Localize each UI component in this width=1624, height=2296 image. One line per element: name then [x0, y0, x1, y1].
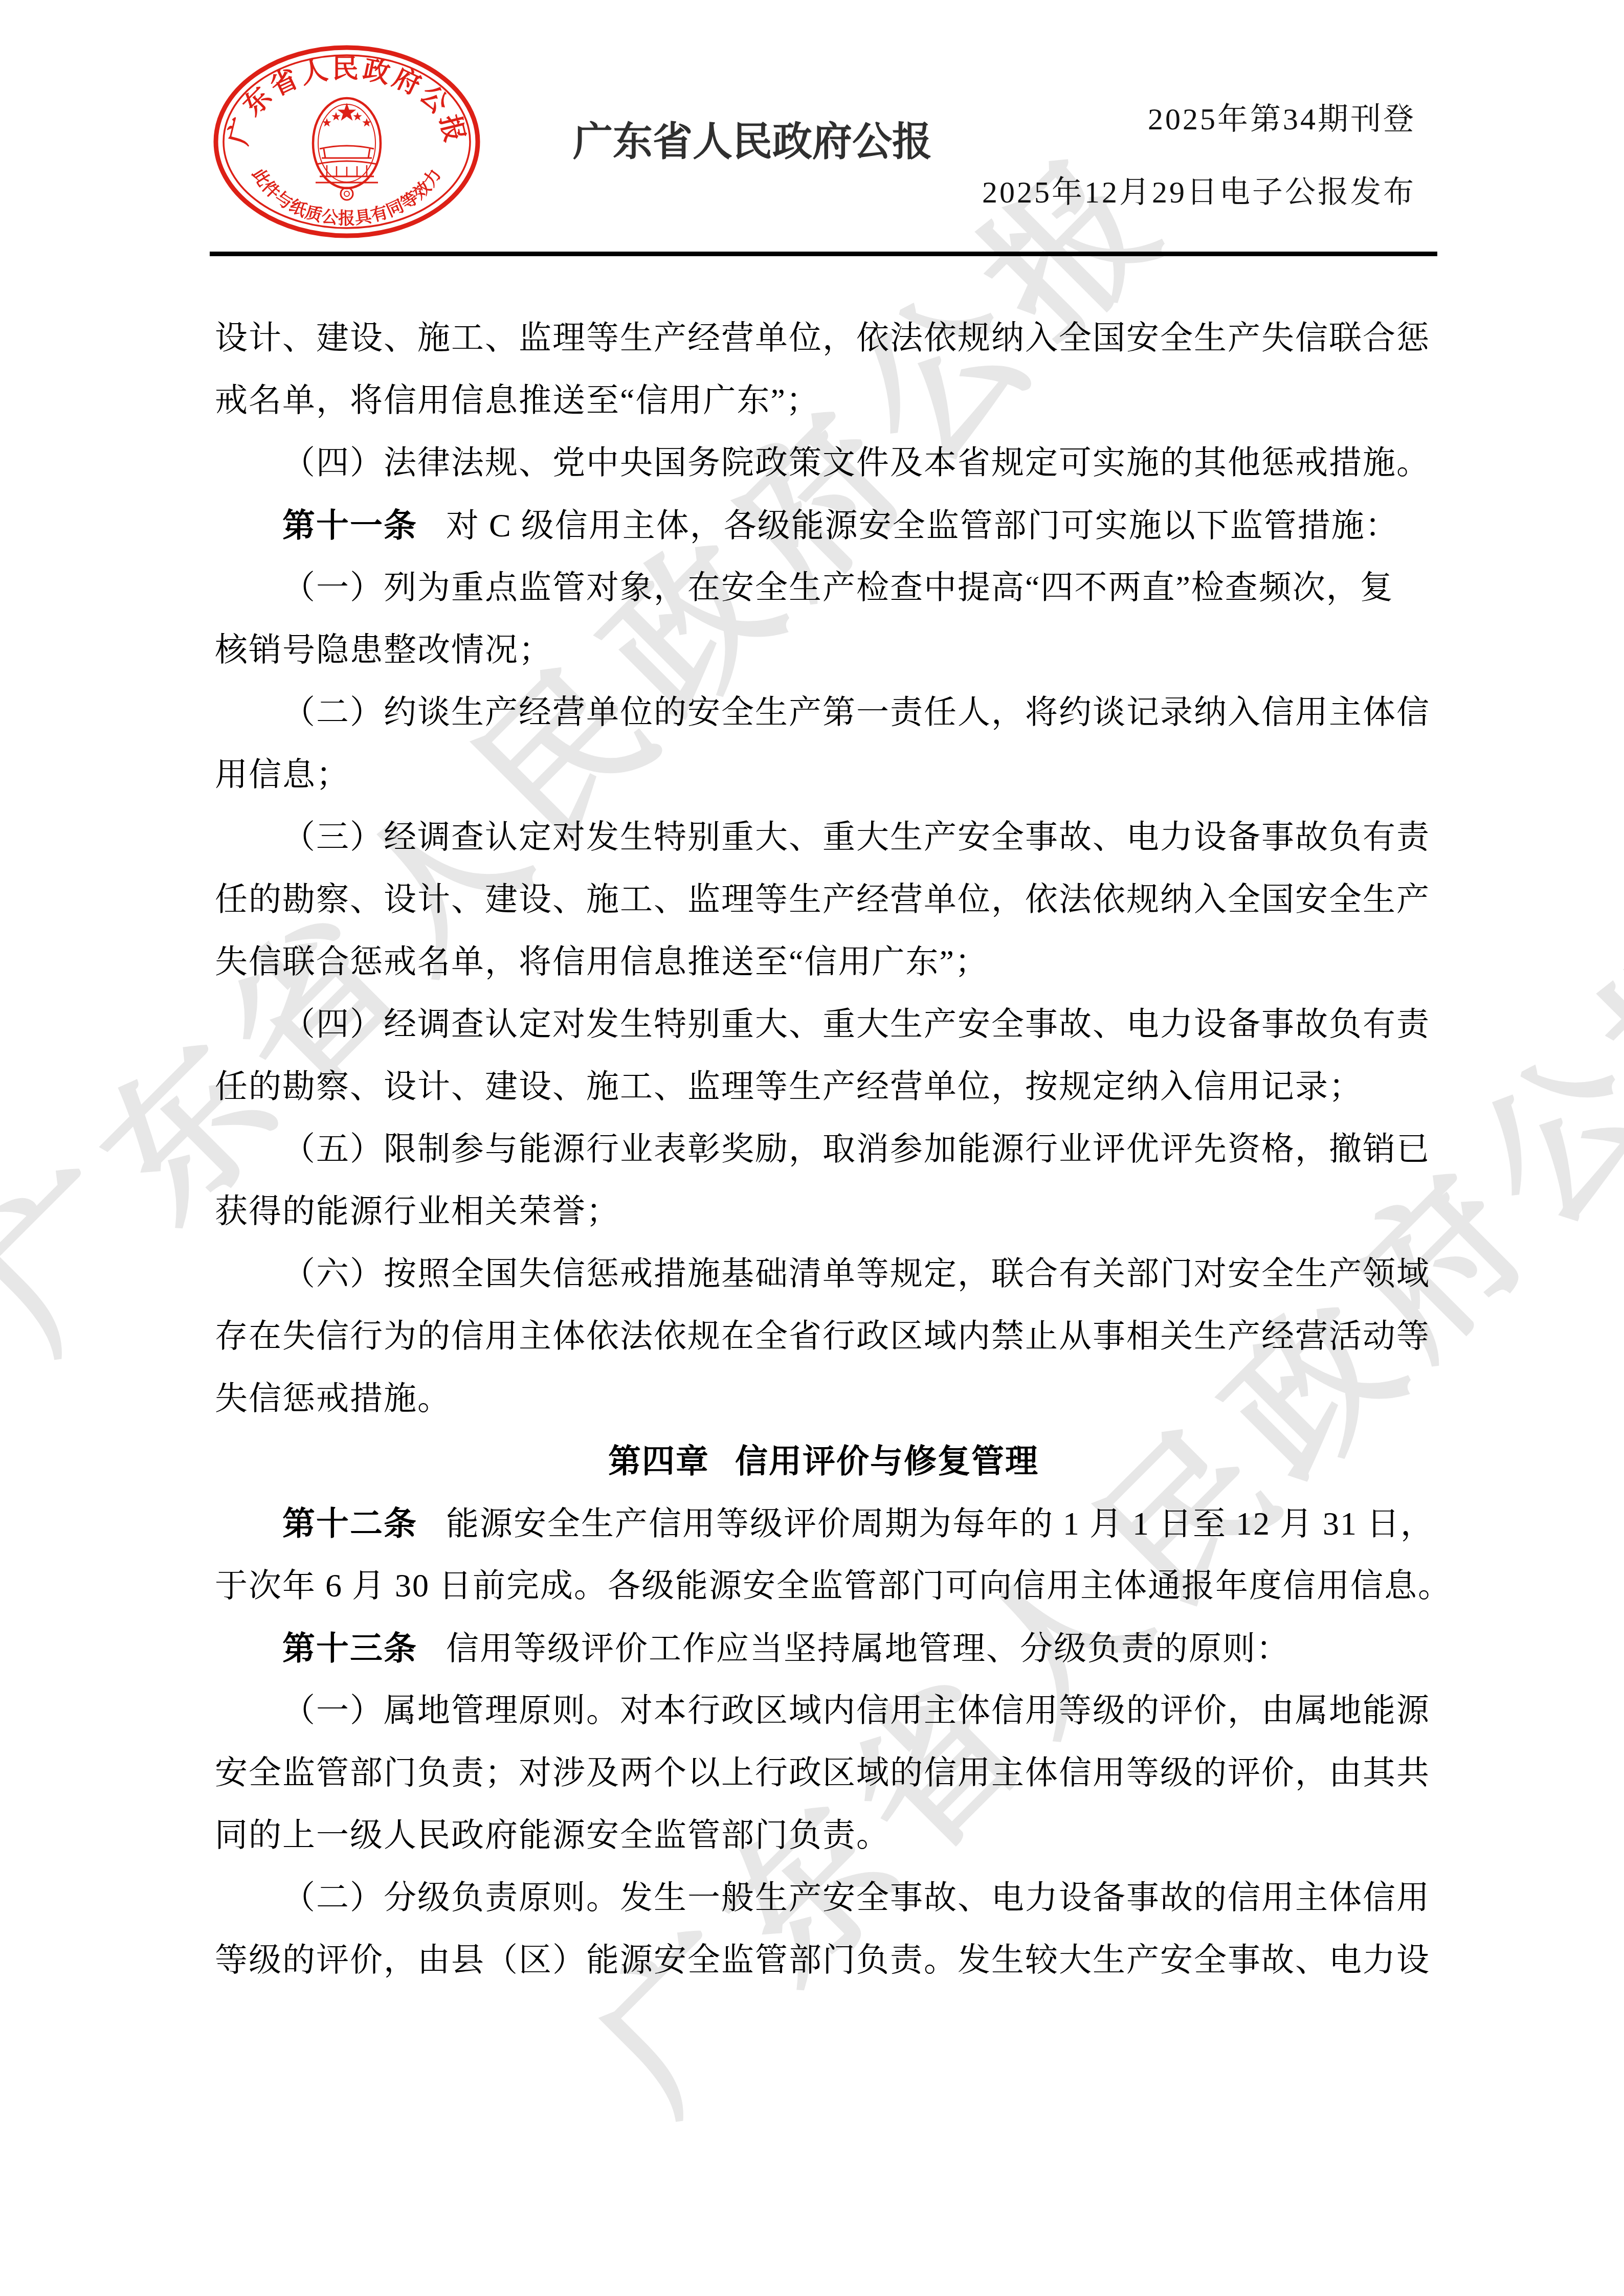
- document-line: （一）列为重点监管对象，在安全生产检查中提高“四不两直”检查频次，复: [215, 556, 1432, 619]
- document-line: 获得的能源行业相关荣誉；: [215, 1180, 1432, 1243]
- document-line: 于次年 6 月 30 日前完成。各级能源安全监管部门可向信用主体通报年度信用信息…: [215, 1555, 1432, 1617]
- document-line: 任的勘察、设计、建设、施工、监理等生产经营单位，按规定纳入信用记录；: [215, 1055, 1432, 1118]
- document-body: 设计、建设、施工、监理等生产经营单位，依法依规纳入全国安全生产失信联合惩戒名单，…: [215, 307, 1432, 1991]
- document-line: 等级的评价，由县（区）能源安全监管部门负责。发生较大生产安全事故、电力设: [215, 1929, 1432, 1991]
- document-line: 失信联合惩戒名单，将信用信息推送至“信用广东”；: [215, 931, 1432, 993]
- document-line: （五）限制参与能源行业表彰奖励，取消参加能源行业评优评先资格，撤销已: [215, 1118, 1432, 1180]
- document-line: 设计、建设、施工、监理等生产经营单位，依法依规纳入全国安全生产失信联合惩: [215, 307, 1432, 369]
- document-line: （六）按照全国失信惩戒措施基础清单等规定，联合有关部门对安全生产领域: [215, 1243, 1432, 1305]
- document-line: 第十一条对 C 级信用主体，各级能源安全监管部门可实施以下监管措施：: [215, 494, 1432, 556]
- document-line: 第十三条信用等级评价工作应当坚持属地管理、分级负责的原则：: [215, 1617, 1432, 1679]
- document-line: （二）分级负责原则。发生一般生产安全事故、电力设备事故的信用主体信用: [215, 1866, 1432, 1929]
- document-line: 失信惩戒措施。: [215, 1367, 1432, 1430]
- document-line: 用信息；: [215, 744, 1432, 806]
- issue-info: 2025年第34期刊登: [1148, 104, 1416, 134]
- article-lead: 第四章: [608, 1443, 709, 1479]
- document-line: 核销号隐患整改情况；: [215, 619, 1432, 681]
- document-line: （四）经调查认定对发生特别重大、重大生产安全事故、电力设备事故负有责: [215, 993, 1432, 1055]
- publish-info: 2025年12月29日电子公报发布: [982, 177, 1416, 208]
- document-line: 戒名单，将信用信息推送至“信用广东”；: [215, 369, 1432, 432]
- gazette-title: 广东省人民政府公报: [573, 122, 932, 162]
- header-divider: [210, 252, 1437, 256]
- document-line: 任的勘察、设计、建设、施工、监理等生产经营单位，依法依规纳入全国安全生产: [215, 868, 1432, 931]
- document-line: 第十二条能源安全生产信用等级评价周期为每年的 1 月 1 日至 12 月 31 …: [215, 1492, 1432, 1555]
- article-lead: 第十一条: [282, 507, 417, 544]
- official-seal: 广东省人民政府公报 此件与纸质公报具有同等效力: [211, 43, 482, 240]
- document-line: （四）法律法规、党中央国务院政策文件及本省规定可实施的其他惩戒措施。: [215, 432, 1432, 494]
- chapter-heading: 第四章信用评价与修复管理: [215, 1430, 1432, 1492]
- document-line: 安全监管部门负责；对涉及两个以上行政区域的信用主体信用等级的评价，由其共: [215, 1742, 1432, 1804]
- document-line: 同的上一级人民政府能源安全监管部门负责。: [215, 1804, 1432, 1866]
- article-lead: 第十三条: [282, 1630, 417, 1667]
- gazette-page: 广东省人民政府公报 广东省人民政府公报 广东省人民政府公报 此件与纸质公报具有同…: [0, 0, 1624, 2296]
- article-lead: 第十二条: [282, 1505, 417, 1542]
- document-line: （三）经调查认定对发生特别重大、重大生产安全事故、电力设备事故负有责: [215, 806, 1432, 868]
- document-line: （一）属地管理原则。对本行政区域内信用主体信用等级的评价，由属地能源: [215, 1679, 1432, 1742]
- document-line: 存在失信行为的信用主体依法依规在全省行政区域内禁止从事相关生产经营活动等: [215, 1305, 1432, 1367]
- document-line: （二）约谈生产经营单位的安全生产第一责任人，将约谈记录纳入信用主体信: [215, 681, 1432, 744]
- national-emblem-icon: [313, 98, 381, 200]
